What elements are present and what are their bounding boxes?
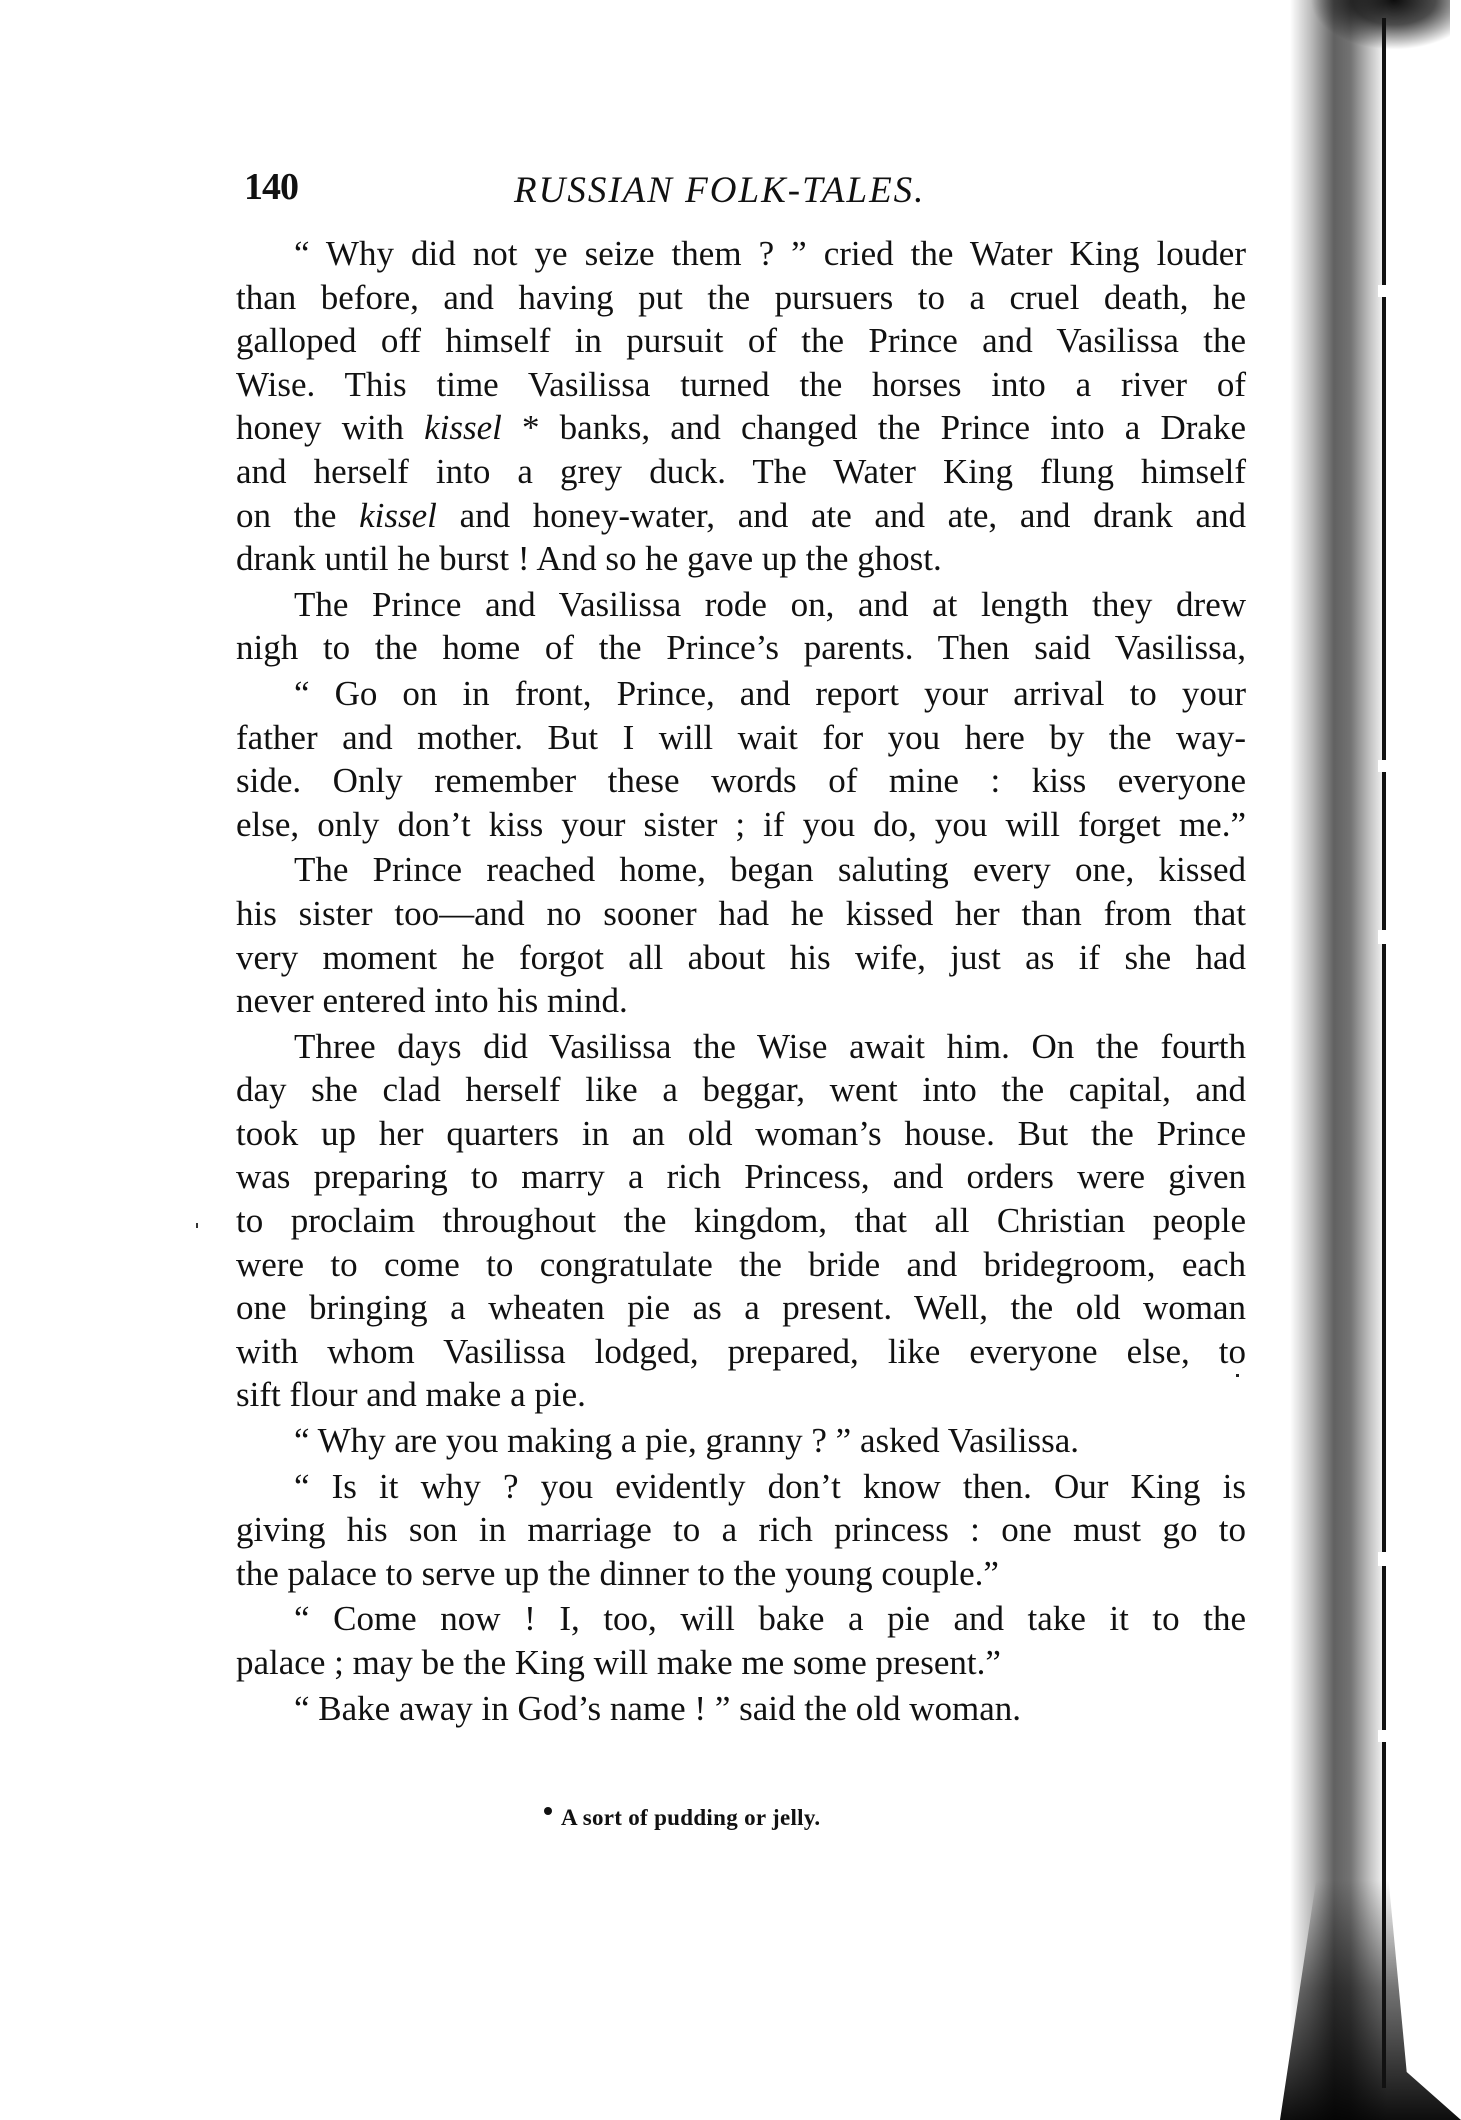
text-line: Three days did Vasilissa the Wise await … [236,1025,1246,1069]
text-line: “ Why did not ye seize them ? ” cried th… [236,232,1246,276]
text-line: nigh to the home of the Prince’s parents… [236,626,1246,670]
text-line: with whom Vasilissa lodged, prepared, li… [236,1330,1246,1374]
text-line: never entered into his mind. [236,979,1246,1023]
text-line: The Prince and Vasilissa rode on, and at… [236,583,1246,627]
italic-term: kissel [424,408,502,447]
text-line: “ Why are you making a pie, granny ? ” a… [236,1419,1246,1463]
text-line: “ Come now ! I, too, will bake a pie and… [236,1597,1246,1641]
text-line: his sister too—and no sooner had he kiss… [236,892,1246,936]
text-line: sift flour and make a pie. [236,1373,1246,1417]
text-run: and honey-water, and ate and ate, and dr… [437,496,1246,535]
page-number: 140 [244,162,298,212]
text-line: The Prince reached home, began saluting … [236,848,1246,892]
text-line: to proclaim throughout the kingdom, that… [236,1199,1246,1243]
running-title: RUSSIAN FOLK-TALES. [514,166,925,216]
text-line: “ Is it why ? you evidently don’t know t… [236,1465,1246,1509]
text-line: the palace to serve up the dinner to the… [236,1552,1246,1596]
text-line: giving his son in marriage to a rich pri… [236,1508,1246,1552]
text-line: day she clad herself like a beggar, went… [236,1068,1246,1112]
text-line: were to come to congratulate the bride a… [236,1243,1246,1287]
text-line: else, only don’t kiss your sister ; if y… [236,803,1246,847]
text-line: father and mother. But I will wait for y… [236,716,1246,760]
text-line: very moment he forgot all about his wife… [236,936,1246,980]
footnote-text: A sort of pudding or jelly. [561,1805,820,1830]
text-line: “ Bake away in God’s name ! ” said the o… [236,1687,1246,1731]
page-edge-gap [1378,285,1390,297]
text-line: Wise. This time Vasilissa turned the hor… [236,363,1246,407]
text-line: and herself into a grey duck. The Water … [236,450,1246,494]
page-edge-line [1382,18,1386,2088]
text-line: honey with kissel * banks, and changed t… [236,406,1246,450]
text-line: drank until he burst ! And so he gave up… [236,537,1246,581]
page-edge-gap [1378,930,1390,944]
book-page: 140 RUSSIAN FOLK-TALES. “ Why did not ye… [0,0,1461,2120]
scan-speck [196,1223,198,1228]
text-line: than before, and having put the pursuers… [236,276,1246,320]
binding-shadow-top [1310,0,1450,50]
footnote-bullet-icon [544,1807,552,1815]
text-line: “ Go on in front, Prince, and report you… [236,672,1246,716]
text-run: honey with [236,408,424,447]
scan-speck [1236,1374,1239,1377]
text-line: took up her quarters in an old woman’s h… [236,1112,1246,1156]
page-edge-gap [1378,760,1390,772]
text-run: * banks, and changed the Prince into a D… [502,408,1246,447]
text-line: one bringing a wheaten pie as a present.… [236,1286,1246,1330]
text-line: galloped off himself in pursuit of the P… [236,319,1246,363]
footnote: A sort of pudding or jelly. [544,1805,820,1831]
text-run: on the [236,496,359,535]
italic-term: kissel [359,496,437,535]
page-edge-gap [1378,1552,1390,1566]
page-edge-gap [1378,1730,1390,1742]
running-head: 140 RUSSIAN FOLK-TALES. [244,162,1244,212]
text-line: side. Only remember these words of mine … [236,759,1246,803]
body-text: “ Why did not ye seize them ? ” cried th… [236,232,1246,1730]
text-line: was preparing to marry a rich Princess, … [236,1155,1246,1199]
text-line: on the kissel and honey-water, and ate a… [236,494,1246,538]
text-line: palace ; may be the King will make me so… [236,1641,1246,1685]
